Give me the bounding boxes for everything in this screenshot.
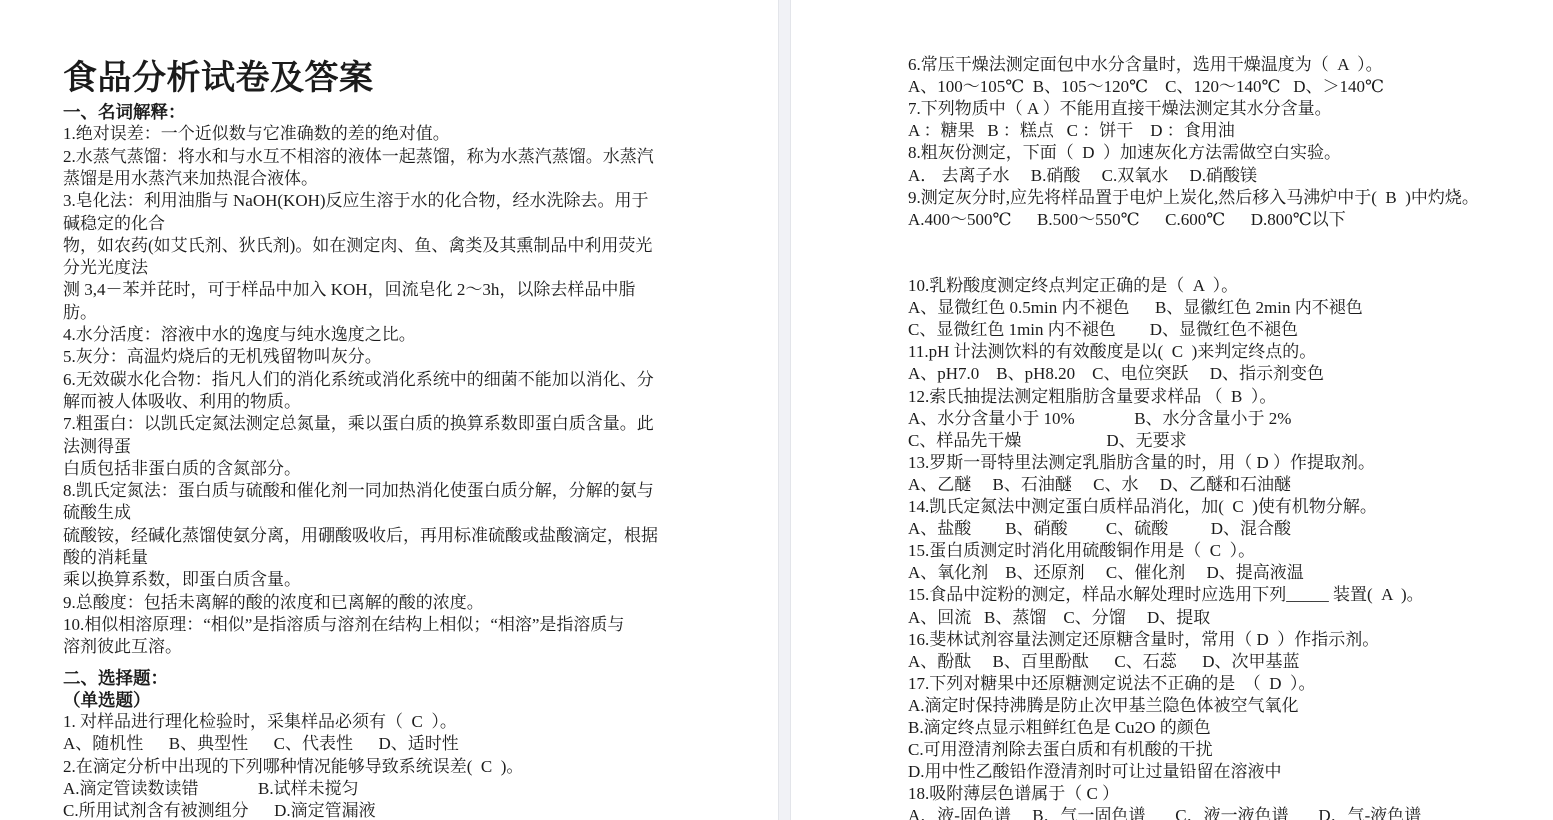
text-line: A、回流 B、蒸馏 C、分馏 D、提取 xyxy=(908,608,1210,628)
text-line: 物，如农药(如艾氏剂、狄氏剂)。如在测定肉、鱼、禽类及其熏制品中利用荧光 xyxy=(63,236,652,256)
text-line: A、水分含量小于 10% B、水分含量小于 2% xyxy=(908,409,1291,429)
text-line: C、显微红色 1min 内不褪色 D、显微红色不褪色 xyxy=(908,320,1298,340)
text-line: 10.乳粉酸度测定终点判定正确的是（ A ）。 xyxy=(908,276,1238,296)
document-viewer: 食品分析试卷及答案 一、名词解释：1.绝对误差：一个近似数与它准确数的差的绝对值… xyxy=(0,0,1553,820)
text-line: 肪。 xyxy=(63,303,97,323)
text-line: 7.粗蛋白：以凯氏定氮法测定总氮量，乘以蛋白质的换算系数即蛋白质含量。此 xyxy=(63,414,654,434)
text-line: 6.无效碳水化合物：指凡人们的消化系统或消化系统中的细菌不能加以消化、分 xyxy=(63,370,654,390)
page-2-lines: 6.常压干燥法测定面包中水分含量时，选用干燥温度为（ A ）。A、100～105… xyxy=(791,0,1553,820)
text-line: 9.总酸度：包括未离解的酸的浓度和已离解的酸的浓度。 xyxy=(63,593,484,613)
page-2: 6.常压干燥法测定面包中水分含量时，选用干燥温度为（ A ）。A、100～105… xyxy=(791,0,1553,820)
text-line: A.滴定时保持沸腾是防止次甲基兰隐色体被空气氧化 xyxy=(908,696,1299,716)
text-line: 7.下列物质中（ A ）不能用直接干燥法测定其水分含量。 xyxy=(908,99,1332,119)
text-line: 分光光度法 xyxy=(63,258,148,278)
text-line: A.滴定管读数读错 B.试样未搅匀 xyxy=(63,779,359,799)
text-line: B.滴定终点显示粗鲜红色是 Cu2O 的颜色 xyxy=(908,718,1211,738)
text-line: 解而被人体吸收、利用的物质。 xyxy=(63,392,301,412)
text-line: A． 去离子水 B.硝酸 C.双氧水 D.硝酸镁 xyxy=(908,166,1257,186)
text-line: 乘以换算系数，即蛋白质含量。 xyxy=(63,570,301,590)
text-line: D.用中性乙酸铅作澄清剂时可让过量铅留在溶液中 xyxy=(908,762,1282,782)
text-line: 8.粗灰份测定，下面（ D ）加速灰化方法需做空白实验。 xyxy=(908,143,1341,163)
text-line: A、酚酞 B、百里酚酞 C、石蕊 D、次甲基蓝 xyxy=(908,652,1299,672)
text-line: 10.相似相溶原理：“相似”是指溶质与溶剂在结构上相似；“相溶”是指溶质与 xyxy=(63,615,624,635)
text-line: 12.索氏抽提法测定粗脂肪含量要求样品 （ B ）。 xyxy=(908,387,1276,407)
text-line: 1. 对样品进行理化检验时，采集样品必须有（ C ）。 xyxy=(63,712,457,732)
section-heading: （单选题） xyxy=(63,690,151,710)
text-line: A、pH7.0 B、pH8.20 C、电位突跃 D、指示剂变色 xyxy=(908,364,1324,384)
text-line: A.400～500℃ B.500～550℃ C.600℃ D.800℃以下 xyxy=(908,210,1346,230)
text-line: A．液-固色谱 B．气一固色谱 C．液一液色谱 D．气-液色谱 xyxy=(908,806,1421,820)
text-line: 2.水蒸气蒸馏：将水和与水互不相溶的液体一起蒸馏，称为水蒸汽蒸馏。水蒸汽 xyxy=(63,147,654,167)
text-line: 1.绝对误差：一个近似数与它准确数的差的绝对值。 xyxy=(63,124,450,144)
text-line: 6.常压干燥法测定面包中水分含量时，选用干燥温度为（ A ）。 xyxy=(908,55,1383,75)
page-gap-divider xyxy=(778,0,791,820)
text-line: A、乙醚 B、石油醚 C、水 D、乙醚和石油醚 xyxy=(908,475,1291,495)
text-line: A、盐酸 B、硝酸 C、硫酸 D、混合酸 xyxy=(908,519,1291,539)
text-line: 14.凯氏定氮法中测定蛋白质样品消化，加( C )使有机物分解。 xyxy=(908,497,1377,517)
text-line: C.可用澄清剂除去蛋白质和有机酸的干扰 xyxy=(908,740,1213,760)
text-line: 4.水分活度：溶液中水的逸度与纯水逸度之比。 xyxy=(63,325,416,345)
text-line: A、100～105℃ B、105～120℃ C、120～140℃ D、＞140℃ xyxy=(908,77,1384,97)
text-line: C.所用试剂含有被测组分 D.滴定管漏液 xyxy=(63,801,376,820)
text-line: A、氧化剂 B、还原剂 C、催化剂 D、提高液温 xyxy=(908,563,1304,583)
text-line: 13.罗斯一哥特里法测定乳脂肪含量的时，用（ D ）作提取剂。 xyxy=(908,453,1375,473)
text-line: 硫酸生成 xyxy=(63,503,131,523)
text-line: 测 3,4－苯并芘时，可于样品中加入 KOH，回流皂化 2～3h，以除去样品中脂 xyxy=(63,280,635,300)
section-heading: 一、名词解释： xyxy=(63,102,186,122)
page-1: 食品分析试卷及答案 一、名词解释：1.绝对误差：一个近似数与它准确数的差的绝对值… xyxy=(0,0,778,820)
text-line: 15.食品中淀粉的测定，样品水解处理时应选用下列_____ 装置( A )。 xyxy=(908,585,1424,605)
text-line: 11.pH 计法测饮料的有效酸度是以( C )来判定终点的。 xyxy=(908,342,1316,362)
section-heading: 二、选择题： xyxy=(63,668,168,688)
text-line: A、随机性 B、典型性 C、代表性 D、适时性 xyxy=(63,734,459,754)
text-line: 酸的消耗量 xyxy=(63,548,148,568)
text-line: A、显微红色 0.5min 内不褪色 B、显徽红色 2min 内不褪色 xyxy=(908,298,1363,318)
text-line: 溶剂彼此互溶。 xyxy=(63,637,182,657)
text-line: 5.灰分：高温灼烧后的无机残留物叫灰分。 xyxy=(63,347,382,367)
text-line: 白质包括非蛋白质的含氮部分。 xyxy=(63,459,301,479)
text-line: C、样品先干燥 D、无要求 xyxy=(908,431,1187,451)
text-line: 蒸馏是用水蒸汽来加热混合液体。 xyxy=(63,169,318,189)
text-line: 15.蛋白质测定时消化用硫酸铜作用是（ C ）。 xyxy=(908,541,1255,561)
text-line: A ：糖果 B ：糕点 C ：饼干 D ：食用油 xyxy=(908,121,1235,141)
text-line: 16.斐林试剂容量法测定还原糖含量时，常用（ D ）作指示剂。 xyxy=(908,630,1379,650)
text-line: 17.下列对糖果中还原糖测定说法不正确的是 （ D ）。 xyxy=(908,674,1316,694)
text-line: 3.皂化法：利用油脂与 NaOH(KOH)反应生溶于水的化合物，经水洗除去。用于 xyxy=(63,191,649,211)
text-line: 碱稳定的化合 xyxy=(63,214,165,234)
text-line: 2.在滴定分析中出现的下列哪种情况能够导致系统误差( C )。 xyxy=(63,757,523,777)
text-line: 9.测定灰分时,应先将样品置于电炉上炭化,然后移入马沸炉中于( B )中灼烧。 xyxy=(908,188,1479,208)
text-line: 18.吸附薄层色谱属于（ C ） xyxy=(908,784,1119,804)
page-1-lines: 一、名词解释：1.绝对误差：一个近似数与它准确数的差的绝对值。2.水蒸气蒸馏：将… xyxy=(0,0,778,820)
text-line: 硫酸铵，经碱化蒸馏使氨分离，用硼酸吸收后，再用标准硫酸或盐酸滴定，根据 xyxy=(63,526,658,546)
text-line: 法测得蛋 xyxy=(63,437,131,457)
text-line: 8.凯氏定氮法：蛋白质与硫酸和催化剂一同加热消化使蛋白质分解，分解的氨与 xyxy=(63,481,654,501)
